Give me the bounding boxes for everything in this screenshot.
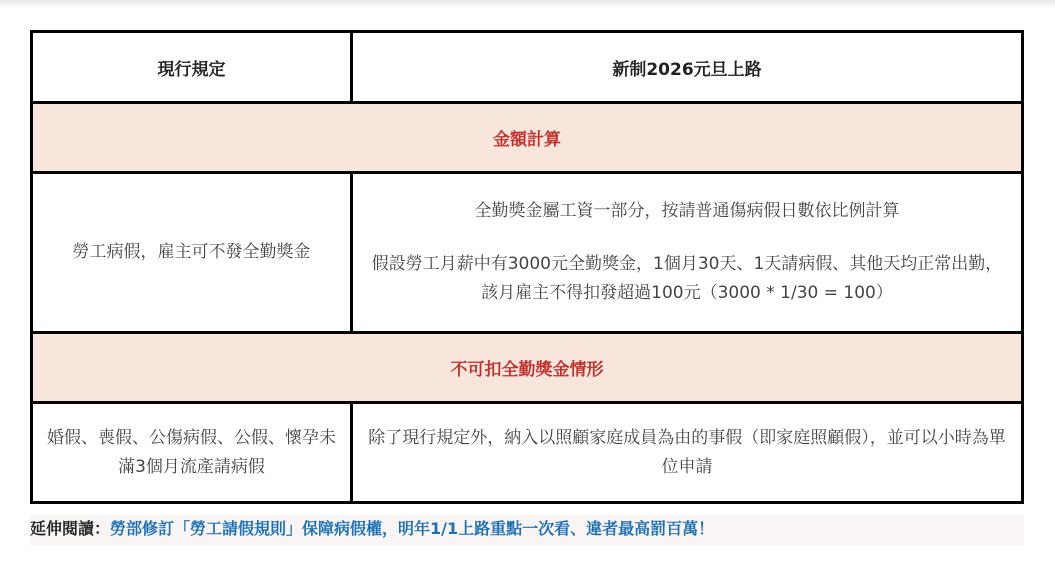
section-title-amount-calc: 金額計算 [32,103,1023,173]
read-more-label: 延伸閱讀： [30,519,110,538]
new-rule-paragraph: 除了現行規定外，納入以照顧家庭成員為由的事假（即家庭照顧假），並可以小時為單位申… [367,424,1007,482]
comparison-table: 現行規定 新制2026元旦上路 金額計算 勞工病假，雇主可不發全勤獎金 全勤獎金… [30,30,1024,504]
new-rule-example: 假設勞工月薪中有3000元全勤獎金，1個月30天、1天請病假、其他天均正常出勤，… [367,250,1007,308]
new-rule-cell: 除了現行規定外，納入以照顧家庭成員為由的事假（即家庭照顧假），並可以小時為單位申… [352,403,1023,503]
section-title-no-deduction: 不可扣全勤獎金情形 [32,333,1023,403]
top-fade [0,0,1055,8]
table-row: 婚假、喪假、公傷病假、公假、懷孕未滿3個月流產請病假 除了現行規定外，納入以照顧… [32,403,1023,503]
new-rule-paragraph: 全勤獎金屬工資一部分，按請普通傷病假日數依比例計算 [367,197,1007,226]
current-rule-cell: 勞工病假，雇主可不發全勤獎金 [32,173,352,333]
header-new-rules: 新制2026元旦上路 [352,32,1023,103]
new-rule-cell: 全勤獎金屬工資一部分，按請普通傷病假日數依比例計算 假設勞工月薪中有3000元全… [352,173,1023,333]
section-row: 金額計算 [32,103,1023,173]
table-row: 勞工病假，雇主可不發全勤獎金 全勤獎金屬工資一部分，按請普通傷病假日數依比例計算… [32,173,1023,333]
section-row: 不可扣全勤獎金情形 [32,333,1023,403]
header-row: 現行規定 新制2026元旦上路 [32,32,1023,103]
read-more-link[interactable]: 勞部修訂「勞工請假規則」保障病假權，明年1/1上路重點一次看、違者最高罰百萬！ [110,519,714,538]
header-current-rules: 現行規定 [32,32,352,103]
read-more-bar: 延伸閱讀：勞部修訂「勞工請假規則」保障病假權，明年1/1上路重點一次看、違者最高… [30,515,1024,545]
current-rule-cell: 婚假、喪假、公傷病假、公假、懷孕未滿3個月流產請病假 [32,403,352,503]
